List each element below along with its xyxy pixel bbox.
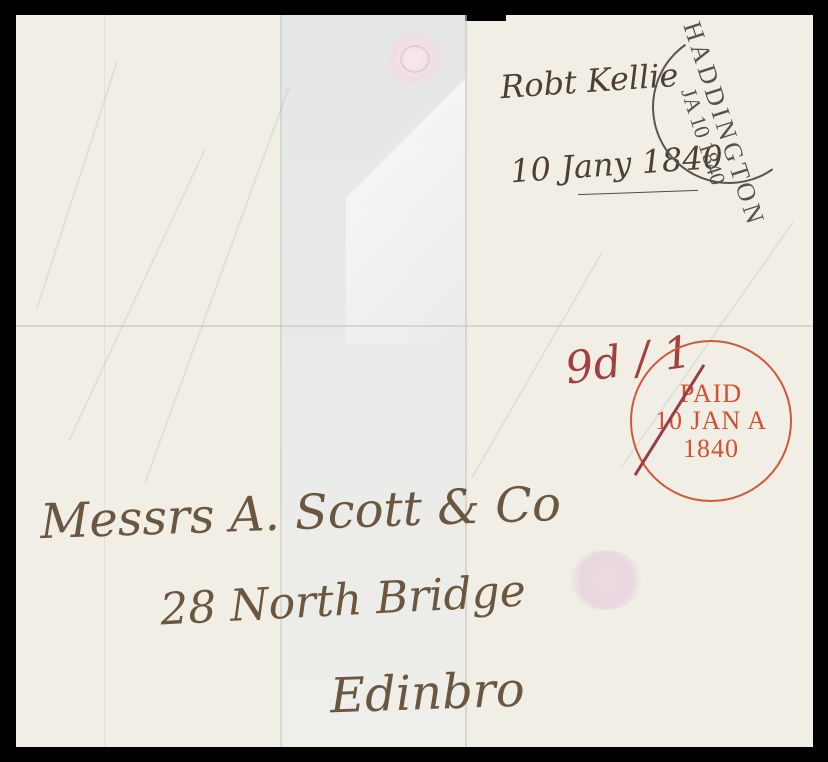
- vertical-fold-right: [465, 15, 467, 747]
- show-through-ink: [68, 150, 205, 441]
- show-through-ink: [144, 87, 290, 482]
- paid-postmark-line3: 1840: [683, 435, 739, 462]
- address-line-3: Edinbro: [329, 662, 525, 725]
- horizontal-fold: [16, 325, 813, 327]
- vertical-fold-left: [280, 15, 282, 747]
- seal-impression-icon: [400, 45, 430, 73]
- wax-seal-bottom: [570, 550, 642, 610]
- vertical-fold-edge: [104, 15, 105, 747]
- paid-postmark: PAID 10 JAN A 1840: [630, 340, 792, 502]
- show-through-ink: [36, 61, 118, 309]
